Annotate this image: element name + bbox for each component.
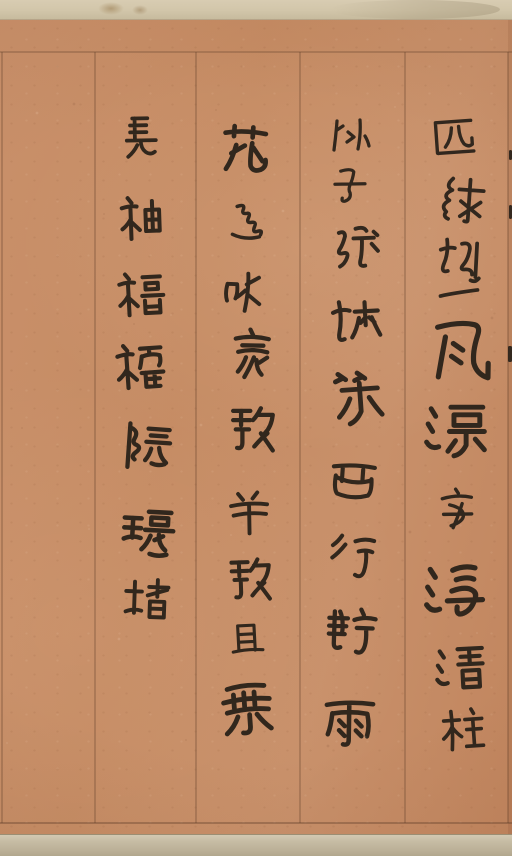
cropped-column-ink-fragments [0, 0, 512, 856]
handscroll-panel [0, 0, 512, 856]
mounting-border-bottom [0, 834, 512, 856]
